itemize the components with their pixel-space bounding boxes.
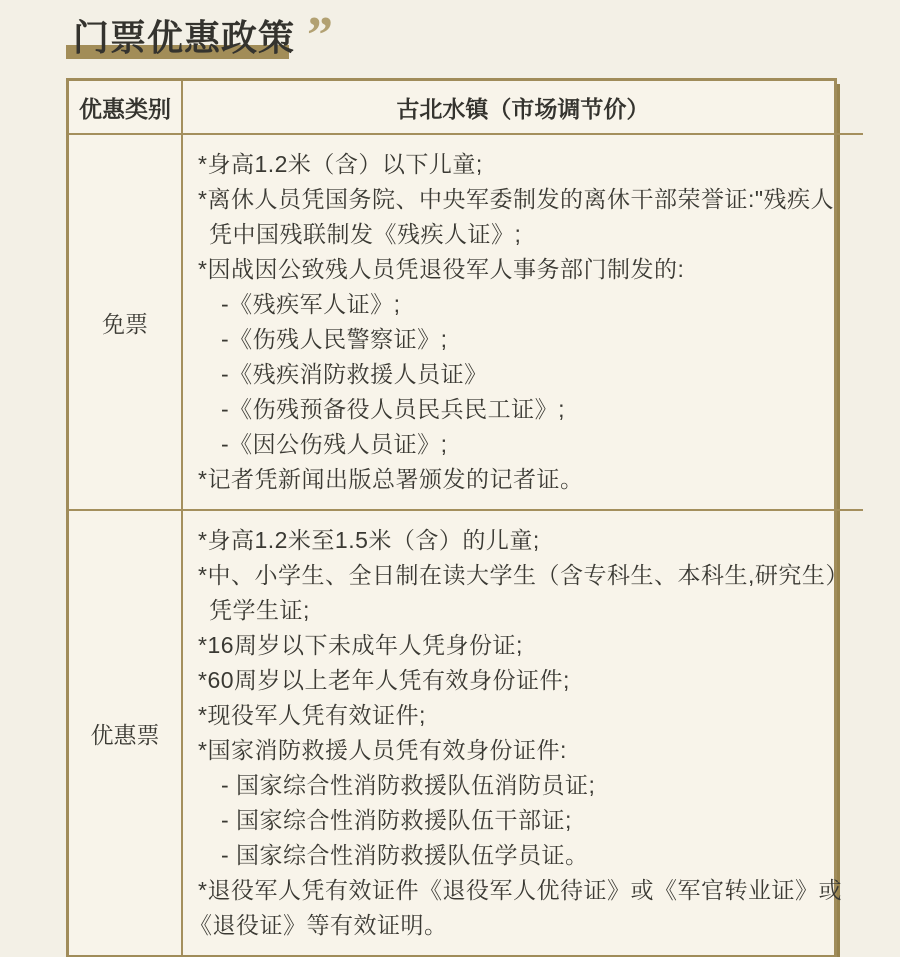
free-ticket-policy-cell: *身高1.2米（含）以下儿童;*离休人员凭国务院、中央军委制发的离休干部荣誉证:… bbox=[181, 133, 863, 509]
policy-line: -《伤残人民警察证》; bbox=[183, 322, 849, 357]
discount-ticket-policy-cell: *身高1.2米至1.5米（含）的儿童;*中、小学生、全日制在读大学生（含专科生、… bbox=[181, 509, 863, 955]
ticket-policy-table: 优惠类别 古北水镇（市场调节价） 免票 *身高1.2米（含）以下儿童;*离休人员… bbox=[66, 78, 837, 957]
policy-line: 《退役证》等有效证明。 bbox=[183, 908, 849, 943]
policy-line: -《因公伤残人员证》; bbox=[183, 427, 849, 462]
page-title-block: 门票优惠政策” bbox=[66, 16, 333, 62]
policy-line: *中、小学生、全日制在读大学生（含专科生、本科生,研究生） bbox=[183, 558, 849, 593]
row-label-free-ticket: 免票 bbox=[69, 133, 181, 509]
policy-line: *60周岁以上老年人凭有效身份证件; bbox=[183, 663, 849, 698]
quote-icon: ” bbox=[307, 10, 333, 62]
page-title: 门票优惠政策 bbox=[66, 16, 299, 60]
policy-line: 凭学生证; bbox=[183, 593, 849, 628]
policy-line: *现役军人凭有效证件; bbox=[183, 698, 849, 733]
policy-line: *16周岁以下未成年人凭身份证; bbox=[183, 628, 849, 663]
policy-line: *因战因公致残人员凭退役军人事务部门制发的: bbox=[183, 252, 849, 287]
page: 门票优惠政策” 优惠类别 古北水镇（市场调节价） 免票 *身高1.2米（含）以下… bbox=[0, 0, 900, 957]
column-header-category: 优惠类别 bbox=[69, 81, 181, 133]
policy-line: -《残疾军人证》; bbox=[183, 287, 849, 322]
policy-line: *离休人员凭国务院、中央军委制发的离休干部荣誉证:"残疾人 bbox=[183, 182, 849, 217]
policy-line: *记者凭新闻出版总署颁发的记者证。 bbox=[183, 462, 849, 497]
policy-line: - 国家综合性消防救援队伍干部证; bbox=[183, 803, 849, 838]
policy-line: -《残疾消防救援人员证》 bbox=[183, 357, 849, 392]
policy-line: *身高1.2米至1.5米（含）的儿童; bbox=[183, 523, 849, 558]
policy-line: - 国家综合性消防救援队伍学员证。 bbox=[183, 838, 849, 873]
policy-line: - 国家综合性消防救援队伍消防员证; bbox=[183, 768, 849, 803]
policy-line: *身高1.2米（含）以下儿童; bbox=[183, 147, 849, 182]
policy-line: 凭中国残联制发《残疾人证》; bbox=[183, 217, 849, 252]
row-label-discount-ticket: 优惠票 bbox=[69, 509, 181, 955]
policy-line: *国家消防救援人员凭有效身份证件: bbox=[183, 733, 849, 768]
policy-line: -《伤残预备役人员民兵民工证》; bbox=[183, 392, 849, 427]
policy-line: *退役军人凭有效证件《退役军人优待证》或《军官转业证》或 bbox=[183, 873, 849, 908]
column-header-venue-price: 古北水镇（市场调节价） bbox=[181, 81, 863, 133]
